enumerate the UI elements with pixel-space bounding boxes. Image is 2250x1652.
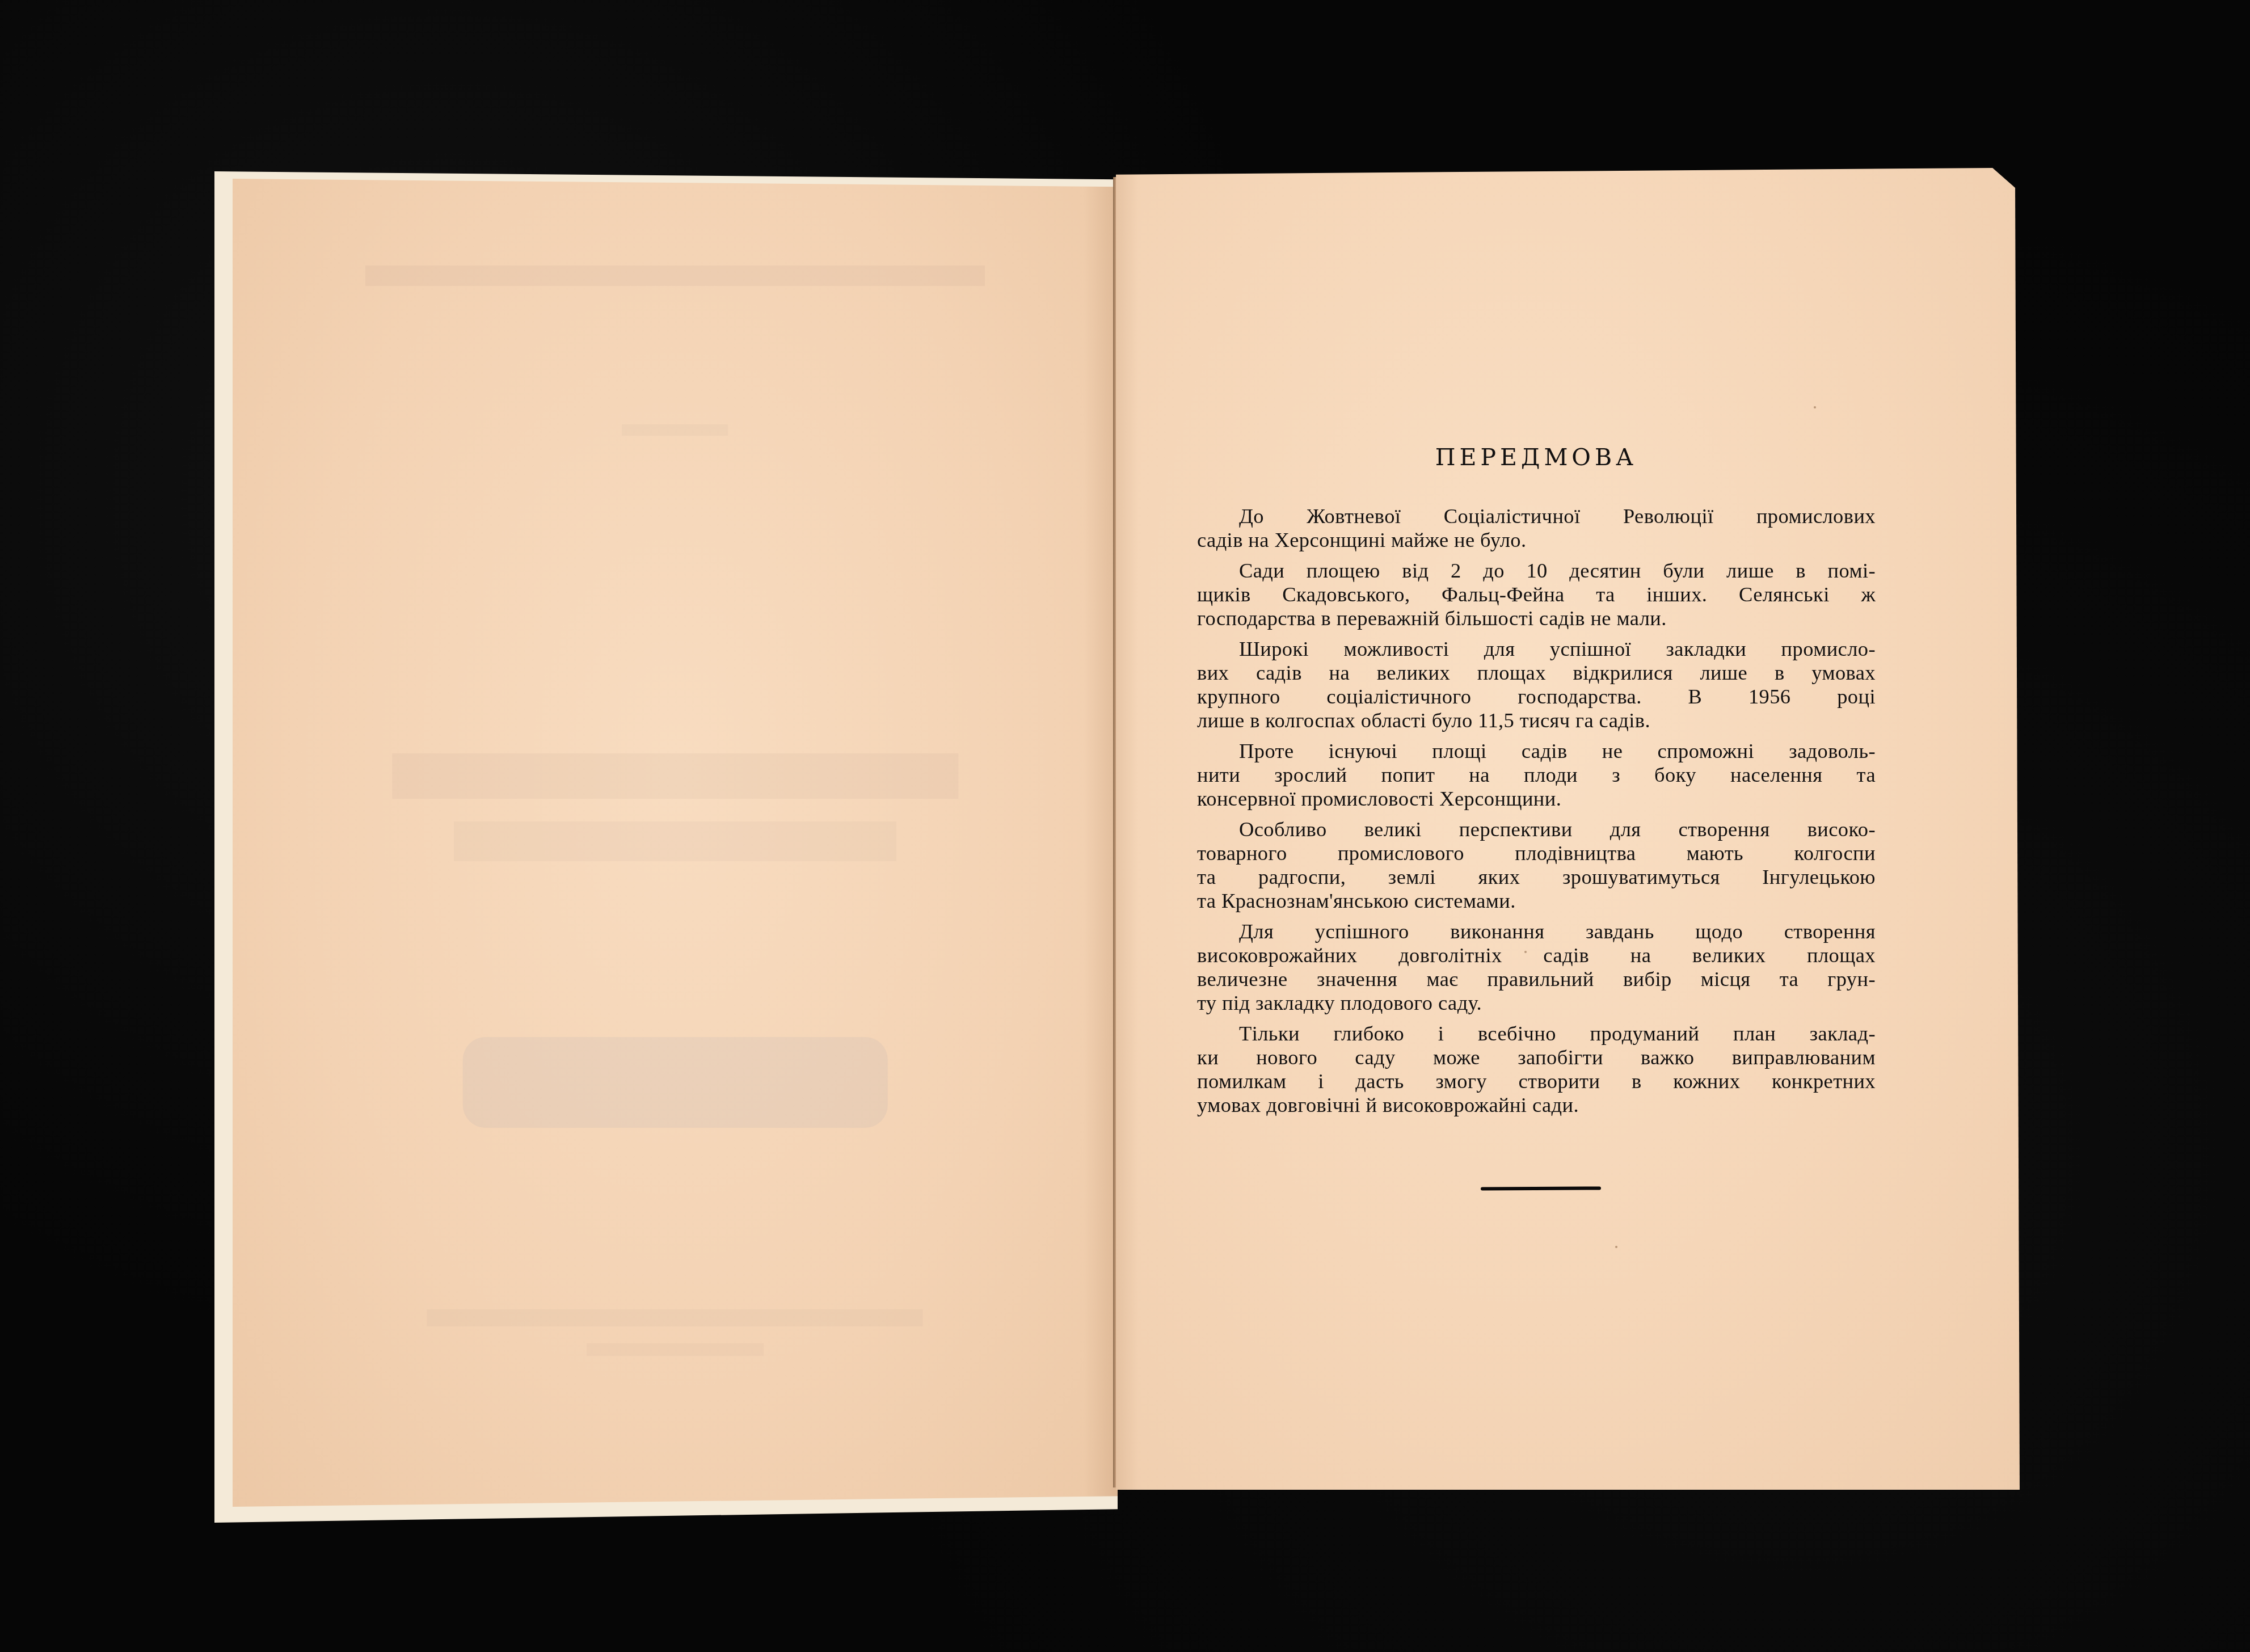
show-through-illustration [463, 1037, 888, 1128]
text-line: вих садів на великих площах відкрилися л… [1197, 661, 1876, 685]
preface-paragraph: Особливо великі перспективи для створенн… [1197, 817, 1876, 913]
text-line: Широкі можливості для успішної закладки … [1197, 637, 1876, 661]
preface-paragraph: Широкі можливості для успішної закладки … [1197, 637, 1876, 732]
text-line: та Краснознам'янською системами. [1197, 889, 1876, 913]
preface-paragraphs: До Жовтневої Соціалістичної Революції пр… [1197, 504, 1876, 1117]
show-through-header [365, 265, 985, 286]
paper-speck [1814, 406, 1816, 408]
text-line: лише в колгоспах області було 11,5 тисяч… [1197, 709, 1876, 732]
text-line: нити зрослий попит на плоди з боку насел… [1197, 763, 1876, 787]
show-through-imprint [587, 1343, 764, 1356]
preface-paragraph: До Жовтневої Соціалістичної Революції пр… [1197, 504, 1876, 552]
text-line: помилкам і дасть змогу створити в кожних… [1197, 1069, 1876, 1093]
show-through-title-line-1 [392, 753, 958, 799]
book-gutter [1113, 177, 1116, 1487]
text-line: садів на Херсонщині майже не було. [1197, 528, 1876, 552]
paper-speck [1615, 1246, 1617, 1248]
text-line: Сади площею від 2 до 10 десятин були лиш… [1197, 559, 1876, 583]
text-line: До Жовтневої Соціалістичної Революції пр… [1197, 504, 1876, 528]
text-line: товарного промислового плодівництва мают… [1197, 841, 1876, 865]
text-line: господарства в переважній більшості саді… [1197, 606, 1876, 630]
text-line: високоврожайних довголітніх садів на вел… [1197, 943, 1876, 967]
text-line: Тільки глибоко і всебічно продуманий пла… [1197, 1022, 1876, 1046]
preface-text-block: ПЕРЕДМОВА До Жовтневої Соціалістичної Ре… [1197, 443, 1876, 1124]
text-line: умовах довговічні й високоврожайні сади. [1197, 1093, 1876, 1117]
page-title: ПЕРЕДМОВА [1197, 443, 1876, 471]
show-through-author [622, 424, 728, 436]
preface-paragraph: Тільки глибоко і всебічно продуманий пла… [1197, 1022, 1876, 1117]
preface-paragraph: Для успішного виконання завдань щодо ств… [1197, 920, 1876, 1015]
text-line: величезне значення має правильний вибір … [1197, 967, 1876, 991]
text-line: щиків Скадовського, Фальц-Фейна та інших… [1197, 583, 1876, 606]
text-line: ту під закладку плодового саду. [1197, 991, 1876, 1015]
text-line: Для успішного виконання завдань щодо ств… [1197, 920, 1876, 943]
text-line: ки нового саду може запобігти важко випр… [1197, 1046, 1876, 1069]
right-page-preface: ПЕРЕДМОВА До Жовтневої Соціалістичної Ре… [1116, 168, 2020, 1490]
preface-paragraph: Сади площею від 2 до 10 десятин були лиш… [1197, 559, 1876, 630]
left-page-blank-verso [233, 175, 1118, 1507]
text-line: Особливо великі перспективи для створенн… [1197, 817, 1876, 841]
paper-speck [1524, 951, 1527, 953]
text-line: та радгоспи, землі яких зрошуватимуться … [1197, 865, 1876, 889]
show-through-publisher [427, 1309, 923, 1326]
preface-paragraph: Проте існуючі площі садів не спроможні з… [1197, 739, 1876, 811]
show-through-title-line-2 [454, 821, 896, 861]
paper-speck [1717, 883, 1720, 885]
text-line: крупного соціалістичного господарства. В… [1197, 685, 1876, 709]
text-line: консервної промисловості Херсонщини. [1197, 787, 1876, 811]
closing-rule-divider [1481, 1186, 1601, 1190]
text-line: Проте існуючі площі садів не спроможні з… [1197, 739, 1876, 763]
